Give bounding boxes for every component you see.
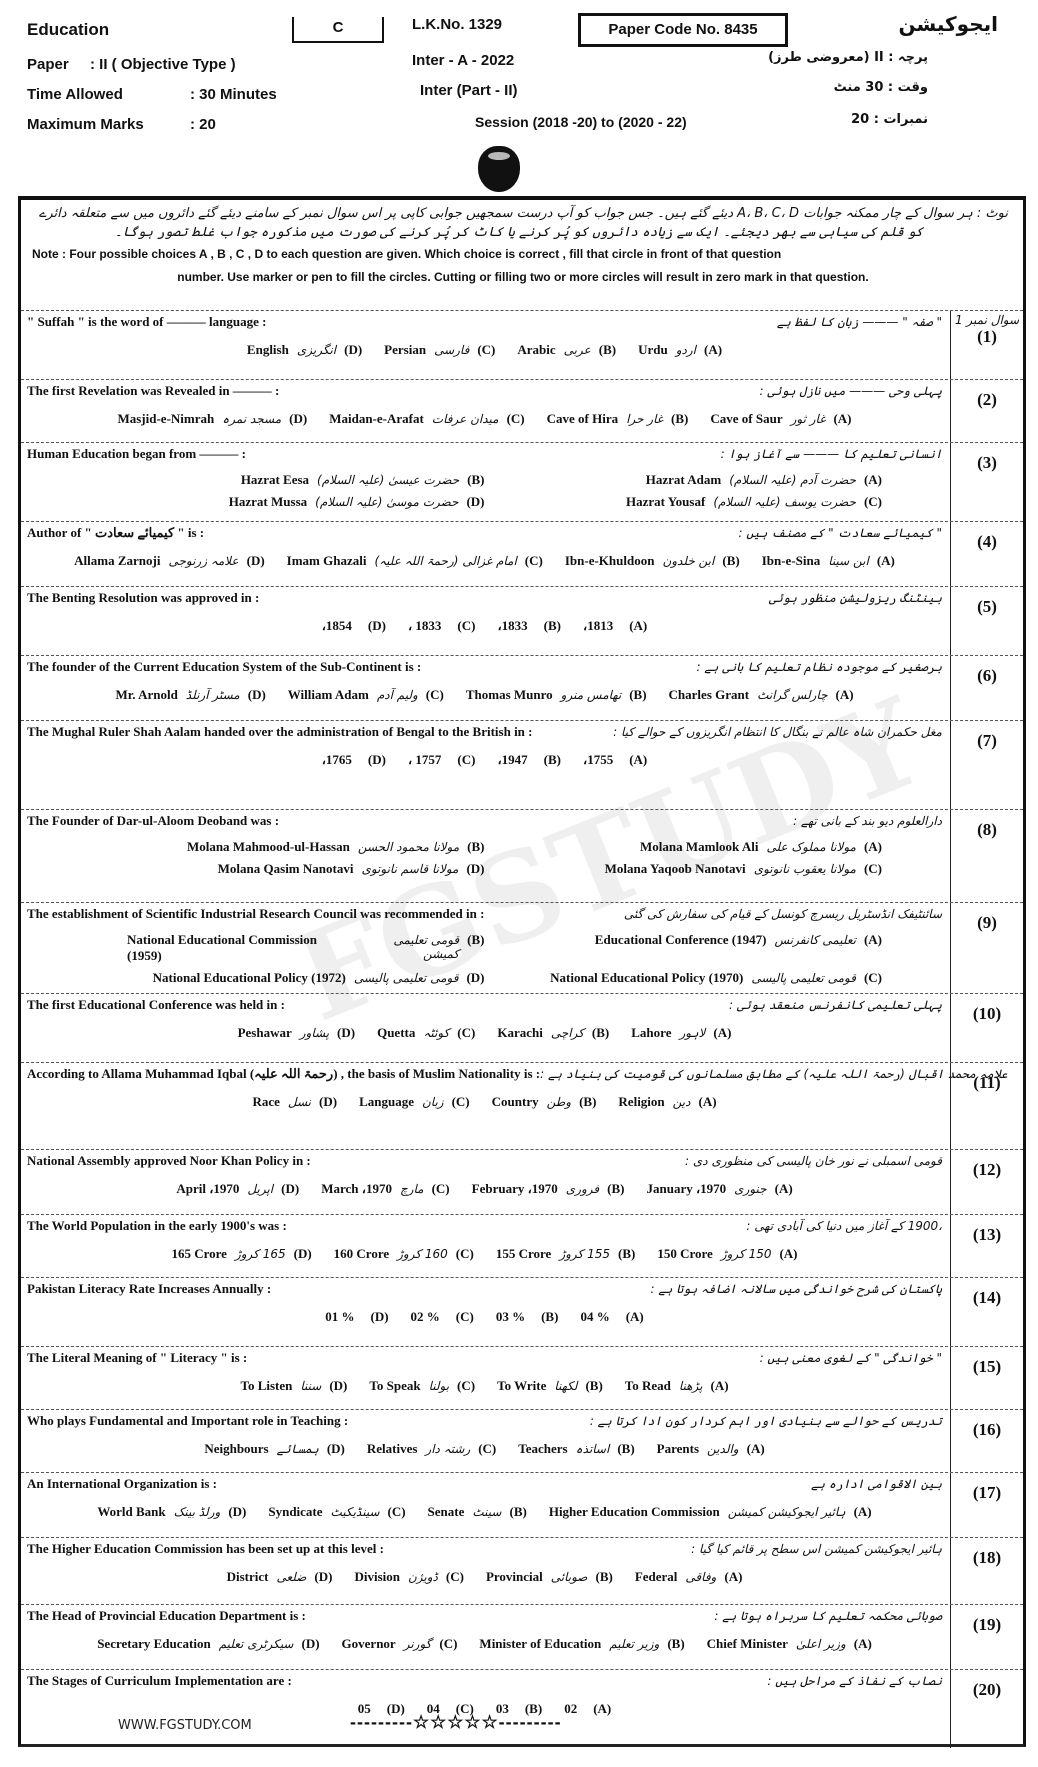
question-text-line: Author of " کیمیائے سعادت " is :" کیمیائ… — [27, 525, 942, 547]
question-number: (6) — [951, 656, 1023, 686]
option-text-ur: غار ثور — [791, 412, 826, 426]
option-text-en: English — [247, 342, 289, 358]
option-text-en: 165 Crore — [171, 1246, 226, 1262]
question-text-ur: بین الاقوامی ادارہ ہے — [811, 1477, 942, 1491]
option-text-en: Parents — [657, 1441, 699, 1457]
option-key: (B) — [541, 1309, 558, 1325]
answer-option-b: National Educational Commission (1959)قو… — [127, 932, 485, 964]
option-text-en: Country — [492, 1094, 539, 1110]
answer-option-d: Hazrat Mussaحضرت موسیٰ (علیہ السلام)(D) — [127, 494, 485, 510]
question-text-ur: " خواندگی " کے لغوی معنی ہیں : — [760, 1351, 942, 1365]
option-text-ur: 155 کروڑ — [559, 1247, 610, 1261]
option-key: (C) — [457, 1378, 475, 1394]
option-text-ur: 160 کروڑ — [397, 1247, 448, 1261]
option-text-en: Allama Zarnoji — [74, 553, 160, 569]
answer-option-a: ،1813(A) — [583, 618, 647, 634]
question-text-line: The first Educational Conference was hel… — [27, 997, 942, 1019]
option-text-en: Peshawar — [238, 1025, 292, 1041]
lk-number: L.K.No. 1329 — [412, 16, 502, 33]
option-text-en: Molana Qasim Nanotavi — [218, 861, 354, 877]
option-text-en: Educational Conference (1947) — [595, 932, 767, 948]
answer-option-a: To Readپڑھنا(A) — [625, 1378, 729, 1394]
question-number: (14) — [951, 1278, 1023, 1308]
option-key: (A) — [854, 1504, 872, 1520]
answer-option-c: Persianفارسی(C) — [384, 342, 495, 358]
option-key: (C) — [457, 1025, 475, 1041]
answer-option-c: Hazrat Yousafحضرت یوسف (علیہ السلام)(C) — [525, 494, 883, 510]
question-body: Pakistan Literacy Rate Increases Annuall… — [21, 1278, 951, 1346]
answer-option-d: April ،1970اپریل(D) — [176, 1181, 299, 1197]
option-key: (D) — [228, 1504, 246, 1520]
option-text-ur: کراچی — [551, 1026, 584, 1040]
option-text-en: Karachi — [497, 1025, 543, 1041]
answer-option-d: World Bankورلڈ بینک(D) — [97, 1504, 246, 1520]
answer-option-a: 04 %(A) — [580, 1309, 643, 1325]
option-key: (D) — [344, 342, 362, 358]
option-text-en: To Write — [497, 1378, 546, 1394]
option-key: (A) — [854, 1636, 872, 1652]
option-key: (A) — [836, 687, 854, 703]
question-number-label: (10) — [951, 1004, 1023, 1024]
answer-option-c: 02 %(C) — [411, 1309, 474, 1325]
option-text-ur: انگریزی — [297, 343, 336, 357]
option-key: (D) — [294, 1246, 312, 1262]
option-text-ur: اپریل — [247, 1182, 273, 1196]
subject-title-ur: ایجوکیشن — [899, 12, 998, 36]
question-number-label: (16) — [951, 1420, 1023, 1440]
option-text-ur: بولنا — [429, 1379, 449, 1393]
option-key: (B) — [667, 1636, 684, 1652]
option-text-ur: پشاور — [300, 1026, 329, 1040]
time-label: Time Allowed — [27, 86, 123, 103]
question-number-label: (3) — [951, 453, 1023, 473]
question-row: (7)The Mughal Ruler Shah Aalam handed ov… — [21, 720, 1023, 809]
option-key: (C) — [478, 1441, 496, 1457]
paper-label: Paper — [27, 56, 69, 73]
option-text-en: 03 % — [496, 1309, 525, 1325]
question-number: (2) — [951, 380, 1023, 410]
option-text-en: Relatives — [367, 1441, 418, 1457]
question-row: (12)National Assembly approved Noor Khan… — [21, 1149, 1023, 1214]
option-text-ur: سینٹ — [472, 1505, 501, 1519]
option-key: (D) — [368, 618, 386, 634]
option-text-ur: میدان عرفات — [432, 412, 499, 426]
answer-option-a: Charles Grantچارلس گرانٹ(A) — [669, 687, 854, 703]
question-text-ur: تدریس کے حوالے سے بنیادی اور اہم کردار ک… — [590, 1414, 942, 1428]
option-text-en: 160 Crore — [334, 1246, 389, 1262]
answer-options: Districtضلعی(D)Divisionڈویژن(C)Provincia… — [27, 1569, 942, 1585]
option-key: (B) — [722, 553, 739, 569]
marks-value: : 20 — [190, 116, 216, 133]
option-text-ur: فروری — [566, 1182, 599, 1196]
question-body: Who plays Fundamental and Important role… — [21, 1410, 951, 1472]
question-text-en: The Founder of Dar-ul-Aloom Deoband was … — [27, 813, 279, 829]
option-text-en: Syndicate — [268, 1504, 322, 1520]
question-text-line: The first Revelation was Revealed in ———… — [27, 383, 942, 405]
option-text-ur: ابن خلدون — [662, 554, 714, 568]
option-key: (C) — [507, 411, 525, 427]
option-text-en: Hazrat Adam — [646, 472, 721, 488]
option-key: (A) — [775, 1181, 793, 1197]
answer-option-b: ،1947(B) — [497, 752, 561, 768]
option-text-en: Lahore — [631, 1025, 671, 1041]
option-text-en: Masjid-e-Nimrah — [117, 411, 214, 427]
option-text-ur: چارلس گرانٹ — [757, 688, 827, 702]
question-row: (2)The first Revelation was Revealed in … — [21, 379, 1023, 442]
paper-code-box: Paper Code No. 8435 — [578, 13, 788, 47]
question-number: (19) — [951, 1605, 1023, 1635]
option-text-en: Quetta — [377, 1025, 415, 1041]
answer-option-b: Karachiکراچی(B) — [497, 1025, 609, 1041]
question-row: (5)The Benting Resolution was approved i… — [21, 586, 1023, 655]
answer-option-b: Provincialصوبائی(B) — [486, 1569, 613, 1585]
paper-variant-box: C — [292, 17, 384, 43]
paper-value: : II ( Objective Type ) — [90, 56, 236, 73]
option-text-en: Minister of Education — [479, 1636, 601, 1652]
option-key: (B) — [599, 342, 616, 358]
exam-part: Inter (Part - II) — [420, 82, 518, 99]
option-key: (A) — [698, 1094, 716, 1110]
option-text-ur: مولانا یعقوب نانوتوی — [754, 862, 856, 876]
note-urdu-line-1: نوٹ : ہر سوال کے چار ممکنہ جوابات A، B، … — [24, 206, 1008, 221]
option-key: (C) — [439, 1636, 457, 1652]
option-key: (D) — [466, 494, 484, 510]
option-key: (B) — [579, 1094, 596, 1110]
option-text-en: ،1947 — [497, 752, 527, 768]
option-text-en: Hazrat Yousaf — [626, 494, 705, 510]
answer-option-a: Cave of Saurغار ثور(A) — [710, 411, 851, 427]
option-key: (B) — [467, 472, 484, 488]
option-text-ur: رشتہ دار — [425, 1442, 470, 1456]
answer-options: World Bankورلڈ بینک(D)Syndicateسینڈیکیٹ(… — [27, 1504, 942, 1520]
question-text-en: The Benting Resolution was approved in : — [27, 590, 259, 606]
question-text-line: The Benting Resolution was approved in :… — [27, 590, 942, 612]
question-text-ur: پاکستان کی شرح خواندگی میں سالانہ اضافہ … — [651, 1282, 943, 1296]
question-number: (12) — [951, 1150, 1023, 1180]
question-number: (20) — [951, 1670, 1023, 1700]
question-number-label: (5) — [951, 597, 1023, 617]
option-key: (B) — [467, 932, 484, 948]
answer-option-a: Hazrat Adamحضرت آدم (علیہ السلام)(A) — [525, 472, 883, 488]
option-text-en: Hazrat Mussa — [229, 494, 307, 510]
option-text-en: Ibn-e-Sina — [762, 553, 821, 569]
answer-option-b: February ،1970فروری(B) — [472, 1181, 625, 1197]
question-number-label: (15) — [951, 1357, 1023, 1377]
question-number-label: (18) — [951, 1548, 1023, 1568]
answer-option-d: Molana Qasim Nanotaviمولانا قاسم نانوتوی… — [127, 861, 485, 877]
option-text-en: Teachers — [518, 1441, 567, 1457]
question-body: The Mughal Ruler Shah Aalam handed over … — [21, 721, 951, 809]
option-key: (C) — [388, 1504, 406, 1520]
option-key: (D) — [281, 1181, 299, 1197]
question-body: The Founder of Dar-ul-Aloom Deoband was … — [21, 810, 951, 902]
question-number: (5) — [951, 587, 1023, 617]
question-body: An International Organization is :بین ال… — [21, 1473, 951, 1537]
answer-option-d: Districtضلعی(D) — [227, 1569, 333, 1585]
subject-title-en: Education — [27, 20, 109, 40]
question-number: (16) — [951, 1410, 1023, 1440]
option-key: (A) — [833, 411, 851, 427]
option-key: (D) — [327, 1441, 345, 1457]
option-key: (A) — [864, 932, 882, 948]
question-number: (8) — [951, 810, 1023, 840]
note-urdu-line-2: کو قلم کی سیاہی سے بھر دیجئے۔ ایک سے زیا… — [24, 225, 1014, 240]
option-text-ur: نسل — [288, 1095, 311, 1109]
option-text-ur: قومی تعلیمی کمیشن — [356, 933, 459, 961]
answer-option-d: Secretary Educationسیکرٹری تعلیم(D) — [97, 1636, 319, 1652]
answer-option-c: March ،1970مارچ(C) — [321, 1181, 449, 1197]
question-number-label: (6) — [951, 666, 1023, 686]
question-row: (20)The Stages of Curriculum Implementat… — [21, 1669, 1023, 1748]
option-text-en: ،1833 — [497, 618, 527, 634]
option-text-ur: سیکرٹری تعلیم — [219, 1637, 294, 1651]
answer-option-a: Educational Conference (1947)تعلیمی کانف… — [525, 932, 883, 964]
option-text-en: ،1854 — [322, 618, 352, 634]
option-text-en: Governor — [342, 1636, 396, 1652]
question-text-en: Who plays Fundamental and Important role… — [27, 1413, 348, 1429]
exam-name: Inter - A - 2022 — [412, 52, 514, 69]
question-text-line: Human Education began from ——— :انسانی ت… — [27, 446, 942, 468]
option-text-ur: مسٹر آرنلڈ — [186, 688, 240, 702]
answer-option-d: Neighboursہمسائے(D) — [204, 1441, 345, 1457]
session: Session (2018 -20) to (2020 - 22) — [475, 114, 687, 130]
question-text-line: The Stages of Curriculum Implementation … — [27, 1673, 942, 1695]
question-text-en: The Stages of Curriculum Implementation … — [27, 1673, 292, 1689]
option-key: (A) — [724, 1569, 742, 1585]
question-body: The first Revelation was Revealed in ———… — [21, 380, 951, 442]
answer-option-c: National Educational Policy (1970)قومی ت… — [525, 970, 883, 986]
option-key: (D) — [247, 553, 265, 569]
answer-option-a: Chief Ministerوزیر اعلیٰ(A) — [707, 1636, 872, 1652]
option-key: (D) — [289, 411, 307, 427]
option-key: (A) — [779, 1246, 797, 1262]
option-text-en: Provincial — [486, 1569, 543, 1585]
question-number: (7) — [951, 721, 1023, 751]
option-text-ur: مولانا محمود الحسن — [358, 840, 459, 854]
answer-option-d: Raceنسل(D) — [252, 1094, 337, 1110]
question-text-en: The establishment of Scientific Industri… — [27, 906, 484, 922]
answer-option-d: ،1765(D) — [322, 752, 386, 768]
question-body: The Higher Education Commission has been… — [21, 1538, 951, 1604]
option-text-ur: لکھنا — [554, 1379, 577, 1393]
option-text-en: Arabic — [517, 342, 555, 358]
option-text-ur: ڈویژن — [408, 1570, 438, 1584]
question-number-label: (8) — [951, 820, 1023, 840]
answer-option-c: William Adamولیم آدم(C) — [288, 687, 444, 703]
option-text-en: Persian — [384, 342, 426, 358]
answer-options: Hazrat Eesaحضرت عیسیٰ (علیہ السلام)(B)Ha… — [27, 472, 942, 510]
option-text-ur: وزیر اعلیٰ — [796, 1637, 846, 1651]
option-text-en: Neighbours — [204, 1441, 268, 1457]
question-text-ur: انسانی تعلیم کا ——— سے آغاز ہوا : — [721, 447, 942, 461]
answer-option-b: Ibn-e-Khuldoonابن خلدون(B) — [565, 553, 740, 569]
option-text-ur: جنوری — [734, 1182, 766, 1196]
option-text-ur: علامہ زرنوجی — [168, 554, 238, 568]
question-text-en: The Head of Provincial Education Departm… — [27, 1608, 306, 1624]
answer-options: 01 %(D)02 %(C)03 %(B)04 %(A) — [27, 1309, 942, 1325]
option-text-ur: اساتذہ — [576, 1442, 610, 1456]
question-body: The Benting Resolution was approved in :… — [21, 587, 951, 655]
answer-option-b: ،1833(B) — [497, 618, 561, 634]
question-number-label: (4) — [951, 532, 1023, 552]
answer-option-b: Cave of Hiraغار حرا(B) — [547, 411, 689, 427]
question-text-en: The Literal Meaning of " Literacy " is : — [27, 1350, 247, 1366]
option-text-en: To Read — [625, 1378, 671, 1394]
option-text-ur: حضرت یوسف (علیہ السلام) — [713, 495, 856, 509]
answer-option-a: January ،1970جنوری(A) — [646, 1181, 792, 1197]
option-text-ur: صوبائی — [551, 1570, 588, 1584]
marks-ur: نمبرات : 20 — [851, 112, 928, 127]
option-text-ur: کوئٹہ — [423, 1026, 449, 1040]
question-text-en: The founder of the Current Education Sys… — [27, 659, 421, 675]
question-row: (3)Human Education began from ——— :انسان… — [21, 442, 1023, 521]
question-text-en: Human Education began from ——— : — [27, 446, 246, 462]
question-body: The Stages of Curriculum Implementation … — [21, 1670, 951, 1748]
option-key: (A) — [864, 472, 882, 488]
answer-option-a: ،1755(A) — [583, 752, 647, 768]
question-text-ur: قومی اسمبلی نے نور خان پالیسی کی منظوری … — [685, 1154, 942, 1168]
option-key: (B) — [617, 1441, 634, 1457]
question-text-ur: ،1900 کے آغاز میں دنیا کی آبادی تھی : — [746, 1219, 942, 1233]
option-text-ur: سننا — [300, 1379, 321, 1393]
question-text-ur: " کیمیائے سعادت " کے مصنف ہیں : — [738, 526, 942, 540]
question-row: (17)An International Organization is :بی… — [21, 1472, 1023, 1537]
answer-options: National Educational Commission (1959)قو… — [27, 932, 942, 986]
note-english-line-2: number. Use marker or pen to fill the ci… — [24, 269, 1014, 286]
question-body: " Suffah " is the word of ——— language :… — [21, 311, 951, 379]
option-text-en: Federal — [635, 1569, 678, 1585]
question-body: The Head of Provincial Education Departm… — [21, 1605, 951, 1669]
option-text-en: Language — [359, 1094, 414, 1110]
board-emblem-icon — [478, 146, 520, 192]
answer-option-b: Thomas Munroتھامس منرو(B) — [466, 687, 647, 703]
option-text-ur: تعلیمی کانفرنس — [774, 933, 856, 947]
option-text-en: 04 % — [580, 1309, 609, 1325]
answer-option-b: Hazrat Eesaحضرت عیسیٰ (علیہ السلام)(B) — [127, 472, 485, 488]
option-text-ur: دین — [673, 1095, 691, 1109]
answer-option-b: Countryوطن(B) — [492, 1094, 597, 1110]
answer-options: April ،1970اپریل(D)March ،1970مارچ(C)Feb… — [27, 1181, 942, 1197]
option-text-ur: وزیر تعلیم — [609, 1637, 659, 1651]
option-text-en: Secretary Education — [97, 1636, 211, 1652]
option-key: (B) — [671, 411, 688, 427]
question-row: (8)The Founder of Dar-ul-Aloom Deoband w… — [21, 809, 1023, 902]
question-text-line: Pakistan Literacy Rate Increases Annuall… — [27, 1281, 942, 1303]
option-text-ur: امام غزالی (رحمۃ اللہ علیہ) — [374, 554, 516, 568]
question-number: (4) — [951, 522, 1023, 552]
option-key: (C) — [426, 687, 444, 703]
question-number-label: (12) — [951, 1160, 1023, 1180]
question-text-ur: پہلی وحی ——— میں نازل ہوئی : — [760, 384, 942, 398]
option-key: (A) — [710, 1378, 728, 1394]
answer-option-d: 01 %(D) — [325, 1309, 388, 1325]
option-text-ur: عربی — [564, 343, 591, 357]
option-key: (D) — [368, 752, 386, 768]
instructions-note: نوٹ : ہر سوال کے چار ممکنہ جوابات A، B، … — [24, 206, 1014, 286]
option-text-en: Cave of Saur — [710, 411, 782, 427]
answer-options: ،1854(D)، 1833(C)،1833(B)،1813(A) — [27, 618, 942, 634]
option-key: (A) — [713, 1025, 731, 1041]
option-key: (C) — [864, 494, 882, 510]
question-text-en: An International Organization is : — [27, 1476, 217, 1492]
answer-option-b: To Writeلکھنا(B) — [497, 1378, 603, 1394]
question-body: National Assembly approved Noor Khan Pol… — [21, 1150, 951, 1214]
option-text-ur: غار حرا — [626, 412, 663, 426]
option-text-en: 02 — [564, 1701, 577, 1717]
option-key: (A) — [704, 342, 722, 358]
answer-option-d: National Educational Policy (1972)قومی ت… — [127, 970, 485, 986]
question-text-en: According to Allama Muhammad Iqbal (رحمۃ… — [27, 1066, 540, 1082]
option-key: (D) — [248, 687, 266, 703]
question-body: The Literal Meaning of " Literacy " is :… — [21, 1347, 951, 1409]
option-text-en: January ،1970 — [646, 1181, 726, 1197]
question-text-en: Pakistan Literacy Rate Increases Annuall… — [27, 1281, 271, 1297]
answer-option-c: ، 1757(C) — [408, 752, 476, 768]
option-key: (C) — [457, 618, 475, 634]
question-text-ur: سائنٹیفک انڈسٹریل ریسرچ کونسل کے قیام کی… — [624, 907, 942, 921]
option-key: (D) — [466, 970, 484, 986]
question-text-line: An International Organization is :بین ال… — [27, 1476, 942, 1498]
note-english-line-1: Note : Four possible choices A , B , C ,… — [24, 246, 1014, 263]
option-text-en: Maidan-e-Arafat — [329, 411, 424, 427]
question-number: (17) — [951, 1473, 1023, 1503]
question-row: (15)The Literal Meaning of " Literacy " … — [21, 1346, 1023, 1409]
time-ur: وقت : 30 منٹ — [834, 80, 928, 95]
option-text-ur: مسجد نمرہ — [222, 412, 281, 426]
answer-options: To Listenسننا(D)To Speakبولنا(C)To Write… — [27, 1378, 942, 1394]
option-text-ur: حضرت آدم (علیہ السلام) — [729, 473, 856, 487]
answer-option-b: 03 %(B) — [496, 1309, 559, 1325]
option-text-en: Cave of Hira — [547, 411, 618, 427]
question-text-en: The Mughal Ruler Shah Aalam handed over … — [27, 724, 533, 740]
answer-option-a: Molana Mamlook Aliمولانا مملوک علی(A) — [525, 839, 883, 855]
option-text-ur: مولانا مملوک علی — [766, 840, 856, 854]
answer-options: Molana Mahmood-ul-Hassanمولانا محمود الح… — [27, 839, 942, 877]
option-key: (C) — [432, 1181, 450, 1197]
option-text-ur: قومی تعلیمی پالیسی — [354, 971, 459, 985]
question-number-label: (7) — [951, 731, 1023, 751]
option-key: (D) — [329, 1378, 347, 1394]
option-key: (B) — [592, 1025, 609, 1041]
option-text-ur: ضلعی — [276, 1570, 306, 1584]
answer-option-a: 150 Crore150 کروڑ(A) — [657, 1246, 797, 1262]
option-text-en: Imam Ghazali — [287, 553, 367, 569]
footer-site: WWW.FGSTUDY.COM — [118, 1718, 252, 1733]
answer-options: Masjid-e-Nimrahمسجد نمرہ(D)Maidan-e-Araf… — [27, 411, 942, 427]
question-row: (4)Author of " کیمیائے سعادت " is :" کیم… — [21, 521, 1023, 586]
option-text-en: February ،1970 — [472, 1181, 558, 1197]
option-text-ur: وفاقی — [685, 1570, 716, 1584]
option-text-ur: گورنر — [404, 1637, 432, 1651]
question-text-line: The Literal Meaning of " Literacy " is :… — [27, 1350, 942, 1372]
question-number: (18) — [951, 1538, 1023, 1568]
option-key: (D) — [319, 1094, 337, 1110]
answer-option-d: Masjid-e-Nimrahمسجد نمرہ(D) — [117, 411, 307, 427]
answer-option-d: 165 Crore165 کروڑ(D) — [171, 1246, 311, 1262]
answer-option-b: Minister of Educationوزیر تعلیم(B) — [479, 1636, 684, 1652]
question-text-line: The Mughal Ruler Shah Aalam handed over … — [27, 724, 942, 746]
option-text-ur: 150 کروڑ — [721, 1247, 772, 1261]
option-key: (C) — [864, 861, 882, 877]
option-text-en: Molana Mahmood-ul-Hassan — [187, 839, 350, 855]
question-text-ur: دارالعلوم دیو بند کے بانی تھے : — [793, 814, 942, 828]
option-key: (C) — [456, 1309, 474, 1325]
option-text-ur: فارسی — [434, 343, 469, 357]
answer-options: Mr. Arnoldمسٹر آرنلڈ(D)William Adamولیم … — [27, 687, 942, 703]
question-number-label: (1) — [951, 327, 1023, 347]
question-text-ur: علامہ محمد اقبال (رحمۃ اللہ علیہ) کے مطا… — [540, 1067, 1008, 1081]
question-body: The World Population in the early 1900's… — [21, 1215, 951, 1277]
